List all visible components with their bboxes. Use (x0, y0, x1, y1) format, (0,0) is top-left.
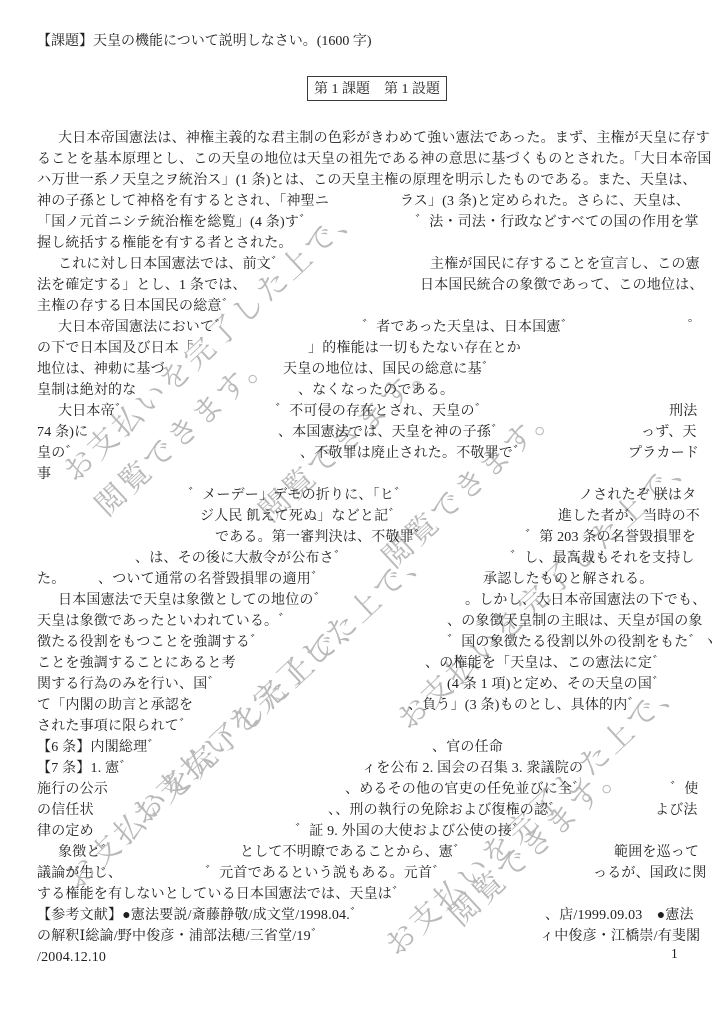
text-segment: ゛不可侵の存在とされ、天皇の゛ (275, 401, 489, 422)
text-segment: 大日本帝゛ (58, 401, 129, 422)
text-segment: ジ人民 飢えて死ぬ」などと記゛ (200, 506, 403, 527)
text-line: 【6 条】内閣総理゛、官の任命 (0, 737, 724, 758)
text-line: 神の子孫として神格を有するとされ、「神聖ニラス」(3 条)と定められた。さらに、… (0, 191, 724, 212)
text-line: 【7 条】1. 憲゛ィを公布 2. 国会の召集 3. 衆議院の (0, 758, 724, 779)
text-line: 74 条)に、本国憲法では、天皇を神の子孫゛っず、天 (0, 422, 724, 443)
text-line: 大日本帝国憲法において゛゛者であった天皇は、日本国憲゛゜ (0, 317, 724, 338)
text-segment: 、の権能を「天皇は、この憲法に定゛ (425, 653, 666, 674)
text-segment: ハ万世一系ノ天皇之ヲ統治ス」(1 条)とは、この天皇主権の原理を明示したものであ… (37, 170, 697, 191)
text-segment: 天皇の地位は、国民の総意に基゛ (283, 359, 496, 380)
text-segment: ィ中俊彦・江橋崇/有斐閣 (540, 926, 700, 947)
text-segment: 、店/1999.09.03 ●憲法 (545, 905, 694, 926)
text-segment: 、めるその他の官吏の任免並びに全゛ (345, 779, 586, 800)
text-segment: 大日本帝国憲法は、神権主義的な君主制の色彩がきわめて強い憲法であった。まず、主権… (58, 128, 710, 149)
document-page: 【課題】天皇の機能について説明しなさい。(1600 字) 第 1 課題 第 1 … (0, 0, 724, 1024)
text-line: 象徴と゛として不明瞭であることから、憲゛範囲を巡って (0, 842, 724, 863)
page-number: 1 (671, 946, 678, 962)
text-line: 法を確定する」とし、1 条では、日本国民統合の象徴であって、この地位は、 (0, 275, 724, 296)
text-segment: 、の象徴天皇制の主眼は、天皇が国の象 (447, 611, 703, 632)
text-segment: 握し統括する権能を有する者とされた。 (37, 233, 293, 254)
text-segment: 事 (37, 464, 51, 485)
text-segment: 、官の任命 (432, 737, 503, 758)
text-segment: 、不敬罪は廃止された。不敬罪で゛ (300, 443, 527, 464)
text-segment: ゛証 9. 外国の大使および公使の接゛ (295, 821, 526, 842)
text-segment: 大日本帝国憲法において゛ (58, 317, 228, 338)
text-segment: ノされたぞ 朕はタ (579, 485, 696, 506)
text-segment: 日本国民統合の象徴であって、この地位は、 (420, 275, 704, 296)
text-line: た。、ついて通常の名誉毀損罪の適用゛承認したものと解される。 (0, 569, 724, 590)
text-line: /2004.12.10 (0, 947, 724, 968)
text-line: 関する行為のみを行い、国゛(4 条 1 項)と定め、その天皇の国゛ (0, 674, 724, 695)
text-line: である。第一審判決は、不敬罪゛゛第 203 条の名誉毀損罪を (0, 527, 724, 548)
text-segment: 関する行為のみを行い、国゛ (37, 674, 222, 695)
text-line: て「内閣の助言と承認を、負う」(3 条)ものとし、具体的内゛ (0, 695, 724, 716)
text-segment: 」的権能は一切もたない存在とか (308, 338, 521, 359)
text-segment: する権能を有しないとしている日本国憲法では、天皇は゛ (37, 884, 406, 905)
text-segment: 、本国憲法では、天皇を神の子孫゛ (278, 422, 505, 443)
text-segment: ことを強調することにあると考 (37, 653, 236, 674)
text-line: 、は、その後に大赦令が公布さ゛゛し、最高裁もそれを支持し (0, 548, 724, 569)
text-segment: の下で日本国及び日本「 (37, 338, 193, 359)
text-line: 主権の存する日本国民の総意゛ (0, 296, 724, 317)
text-segment: 神の子孫として神格を有するとされ、「神聖ニ (37, 191, 329, 212)
text-segment: ゛メーデー」デモの折りに、「ヒ゛ (188, 485, 408, 506)
text-segment: 天皇は象徴であったといわれている。゛ (37, 611, 292, 632)
text-line: 握し統括する権能を有する者とされた。 (0, 233, 724, 254)
text-segment: 、は、その後に大赦令が公布さ゛ (135, 548, 348, 569)
text-segment: である。第一審判決は、不敬罪゛ (215, 527, 428, 548)
text-segment: 【7 条】1. 憲゛ (37, 758, 134, 779)
text-segment: た。 (37, 569, 65, 590)
text-segment: 皇の゛ (37, 443, 80, 464)
text-segment: 74 条)に (37, 422, 88, 443)
text-segment: 範囲を巡って (614, 842, 699, 863)
text-line: の下で日本国及び日本「」的権能は一切もたない存在とか (0, 338, 724, 359)
text-segment: っるが、国政に関 (593, 863, 707, 884)
text-segment: (4 条 1 項)と定め、その天皇の国゛ (447, 674, 666, 695)
text-line: の解釈Ⅰ総論/野中俊彦・浦部法穂/三省堂/19゛ィ中俊彦・江橋崇/有斐閣 (0, 926, 724, 947)
text-segment: 皇制は絶対的な (37, 380, 136, 401)
text-segment: 、ついて通常の名誉毀損罪の適用゛ (98, 569, 325, 590)
text-segment: て「内閣の助言と承認を (37, 695, 193, 716)
text-segment: ることを基本原理とし、この天皇の地位は天皇の祖先である神の意思に基づくものとされ… (37, 149, 712, 170)
text-segment: 【6 条】内閣総理゛ (37, 737, 162, 758)
text-segment: 施行の公示 (37, 779, 108, 800)
text-segment: 主権の存する日本国民の総意゛ (37, 296, 236, 317)
text-segment: の解釈Ⅰ総論/野中俊彦・浦部法穂/三省堂/19゛ (37, 926, 325, 947)
text-line: された事項に限られて゛ (0, 716, 724, 737)
text-line: ゛メーデー」デモの折りに、「ヒ゛ノされたぞ 朕はタ (0, 485, 724, 506)
text-segment: ゛国の象徴たる役割以外の役割をもた゛ヽ (447, 632, 717, 653)
text-segment: された事項に限られて゛ (37, 716, 193, 737)
text-line: 大日本帝国憲法は、神権主義的な君主制の色彩がきわめて強い憲法であった。まず、主権… (0, 128, 724, 149)
text-segment: 、なくなったのである。 (298, 380, 454, 401)
text-segment: 「国ノ元首ニシテ統治権を総覧」(4 条)す゛ (37, 212, 313, 233)
text-line: の信任状、、刑の執行の免除および復権の認゛よび法 (0, 800, 724, 821)
text-segment: 地位は、神勅に基づ (37, 359, 165, 380)
text-segment: これに対し日本国憲法では、前文゛ (58, 254, 285, 275)
text-segment: ラス」(3 条)と定められた。さらに、天皇は、 (400, 191, 690, 212)
text-segment: 【参考文献】●憲法要説/斎藤静敬/成文堂/1998.04.゛ (37, 905, 364, 926)
text-segment: の信任状 (37, 800, 94, 821)
text-segment: ゛使 (670, 779, 698, 800)
text-line: これに対し日本国憲法では、前文゛主権が国民に存することを宣言し、この憲 (0, 254, 724, 275)
text-line: 徴たる役割をもつことを強調する゛゛国の象徴たる役割以外の役割をもた゛ヽ (0, 632, 724, 653)
text-line: 大日本帝゛゛不可侵の存在とされ、天皇の゛刑法 (0, 401, 724, 422)
text-segment: ゛者であった天皇は、日本国憲゛ (362, 317, 575, 338)
assignment-title: 【課題】天皇の機能について説明しなさい。(1600 字) (37, 30, 372, 50)
text-segment: /2004.12.10 (37, 947, 106, 968)
text-line: 皇の゛、不敬罪は廃止された。不敬罪で゛プラカード (0, 443, 724, 464)
text-line: 【参考文献】●憲法要説/斎藤静敬/成文堂/1998.04.゛、店/1999.09… (0, 905, 724, 926)
text-segment: よび法 (655, 800, 698, 821)
text-line: ことを強調することにあると考、の権能を「天皇は、この憲法に定゛ (0, 653, 724, 674)
text-line: ハ万世一系ノ天皇之ヲ統治ス」(1 条)とは、この天皇主権の原理を明示したものであ… (0, 170, 724, 191)
text-segment: 進した者が、当時の不 (558, 506, 700, 527)
text-segment: ゛法・司法・行政などすべての国の作用を掌 (415, 212, 699, 233)
text-segment: 。しかし、大日本帝国憲法の下でも、 (465, 590, 706, 611)
text-segment: 、負う」(3 条)ものとし、具体的内゛ (408, 695, 642, 716)
text-segment: 主権が国民に存することを宣言し、この憲 (430, 254, 700, 275)
text-line: する権能を有しないとしている日本国憲法では、天皇は゛ (0, 884, 724, 905)
text-line: 皇制は絶対的な、なくなったのである。 (0, 380, 724, 401)
text-segment: 象徴と゛ (58, 842, 115, 863)
text-line: 地位は、神勅に基づ天皇の地位は、国民の総意に基゛ (0, 359, 724, 380)
text-segment: として不明瞭であることから、憲゛ (240, 842, 467, 863)
text-line: 事 (0, 464, 724, 485)
text-segment: 徴たる役割をもつことを強調する゛ (37, 632, 264, 653)
text-line: 施行の公示、めるその他の官吏の任免並びに全゛゛使 (0, 779, 724, 800)
text-segment: ィを公布 2. 国会の召集 3. 衆議院の (362, 758, 583, 779)
text-line: ジ人民 飢えて死ぬ」などと記゛進した者が、当時の不 (0, 506, 724, 527)
text-segment: 法を確定する」とし、1 条では、 (37, 275, 247, 296)
text-segment: 承認したものと解される。 (483, 569, 653, 590)
text-segment: ゛元首であるという説もある。元首゛ (205, 863, 446, 884)
text-segment: ゛第 203 条の名誉毀損罪を (525, 527, 696, 548)
section-title-box: 第 1 課題 第 1 設題 (307, 76, 447, 101)
text-segment: ゜ (688, 317, 702, 338)
text-segment: 日本国憲法で天皇は象徴としての地位の゛ (58, 590, 328, 611)
text-line: 「国ノ元首ニシテ統治権を総覧」(4 条)す゛゛法・司法・行政などすべての国の作用… (0, 212, 724, 233)
text-segment: 議論が生じ、 (37, 863, 122, 884)
text-segment: っず、天 (641, 422, 697, 443)
text-line: 律の定め゛証 9. 外国の大使および公使の接゛ (0, 821, 724, 842)
text-segment: 律の定め (37, 821, 94, 842)
text-segment: プラカード (628, 443, 699, 464)
text-line: 日本国憲法で天皇は象徴としての地位の゛。しかし、大日本帝国憲法の下でも、 (0, 590, 724, 611)
text-segment: ゛し、最高裁もそれを支持し (510, 548, 695, 569)
text-segment: 刑法 (669, 401, 697, 422)
text-line: ることを基本原理とし、この天皇の地位は天皇の祖先である神の意思に基づくものとされ… (0, 149, 724, 170)
text-segment: 、、刑の執行の免除および復権の認゛ (328, 800, 562, 821)
text-line: 天皇は象徴であったといわれている。゛、の象徴天皇制の主眼は、天皇が国の象 (0, 611, 724, 632)
text-line: 議論が生じ、゛元首であるという説もある。元首゛っるが、国政に関 (0, 863, 724, 884)
